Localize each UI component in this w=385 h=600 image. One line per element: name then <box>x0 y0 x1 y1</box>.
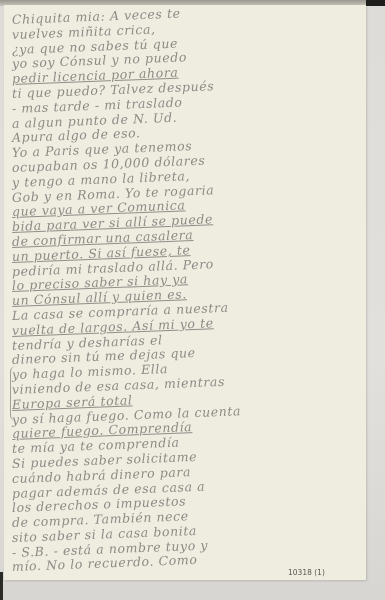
letter-page: Chiquita mia: A veces te vuelves miñita … <box>4 5 366 580</box>
margin-bracket-mark <box>10 366 17 421</box>
dark-corner <box>366 0 385 6</box>
archive-number: 10318 (1) <box>288 568 325 577</box>
left-dark-edge <box>0 572 3 600</box>
handwritten-text: Chiquita mia: A veces te vuelves miñita … <box>12 13 364 575</box>
